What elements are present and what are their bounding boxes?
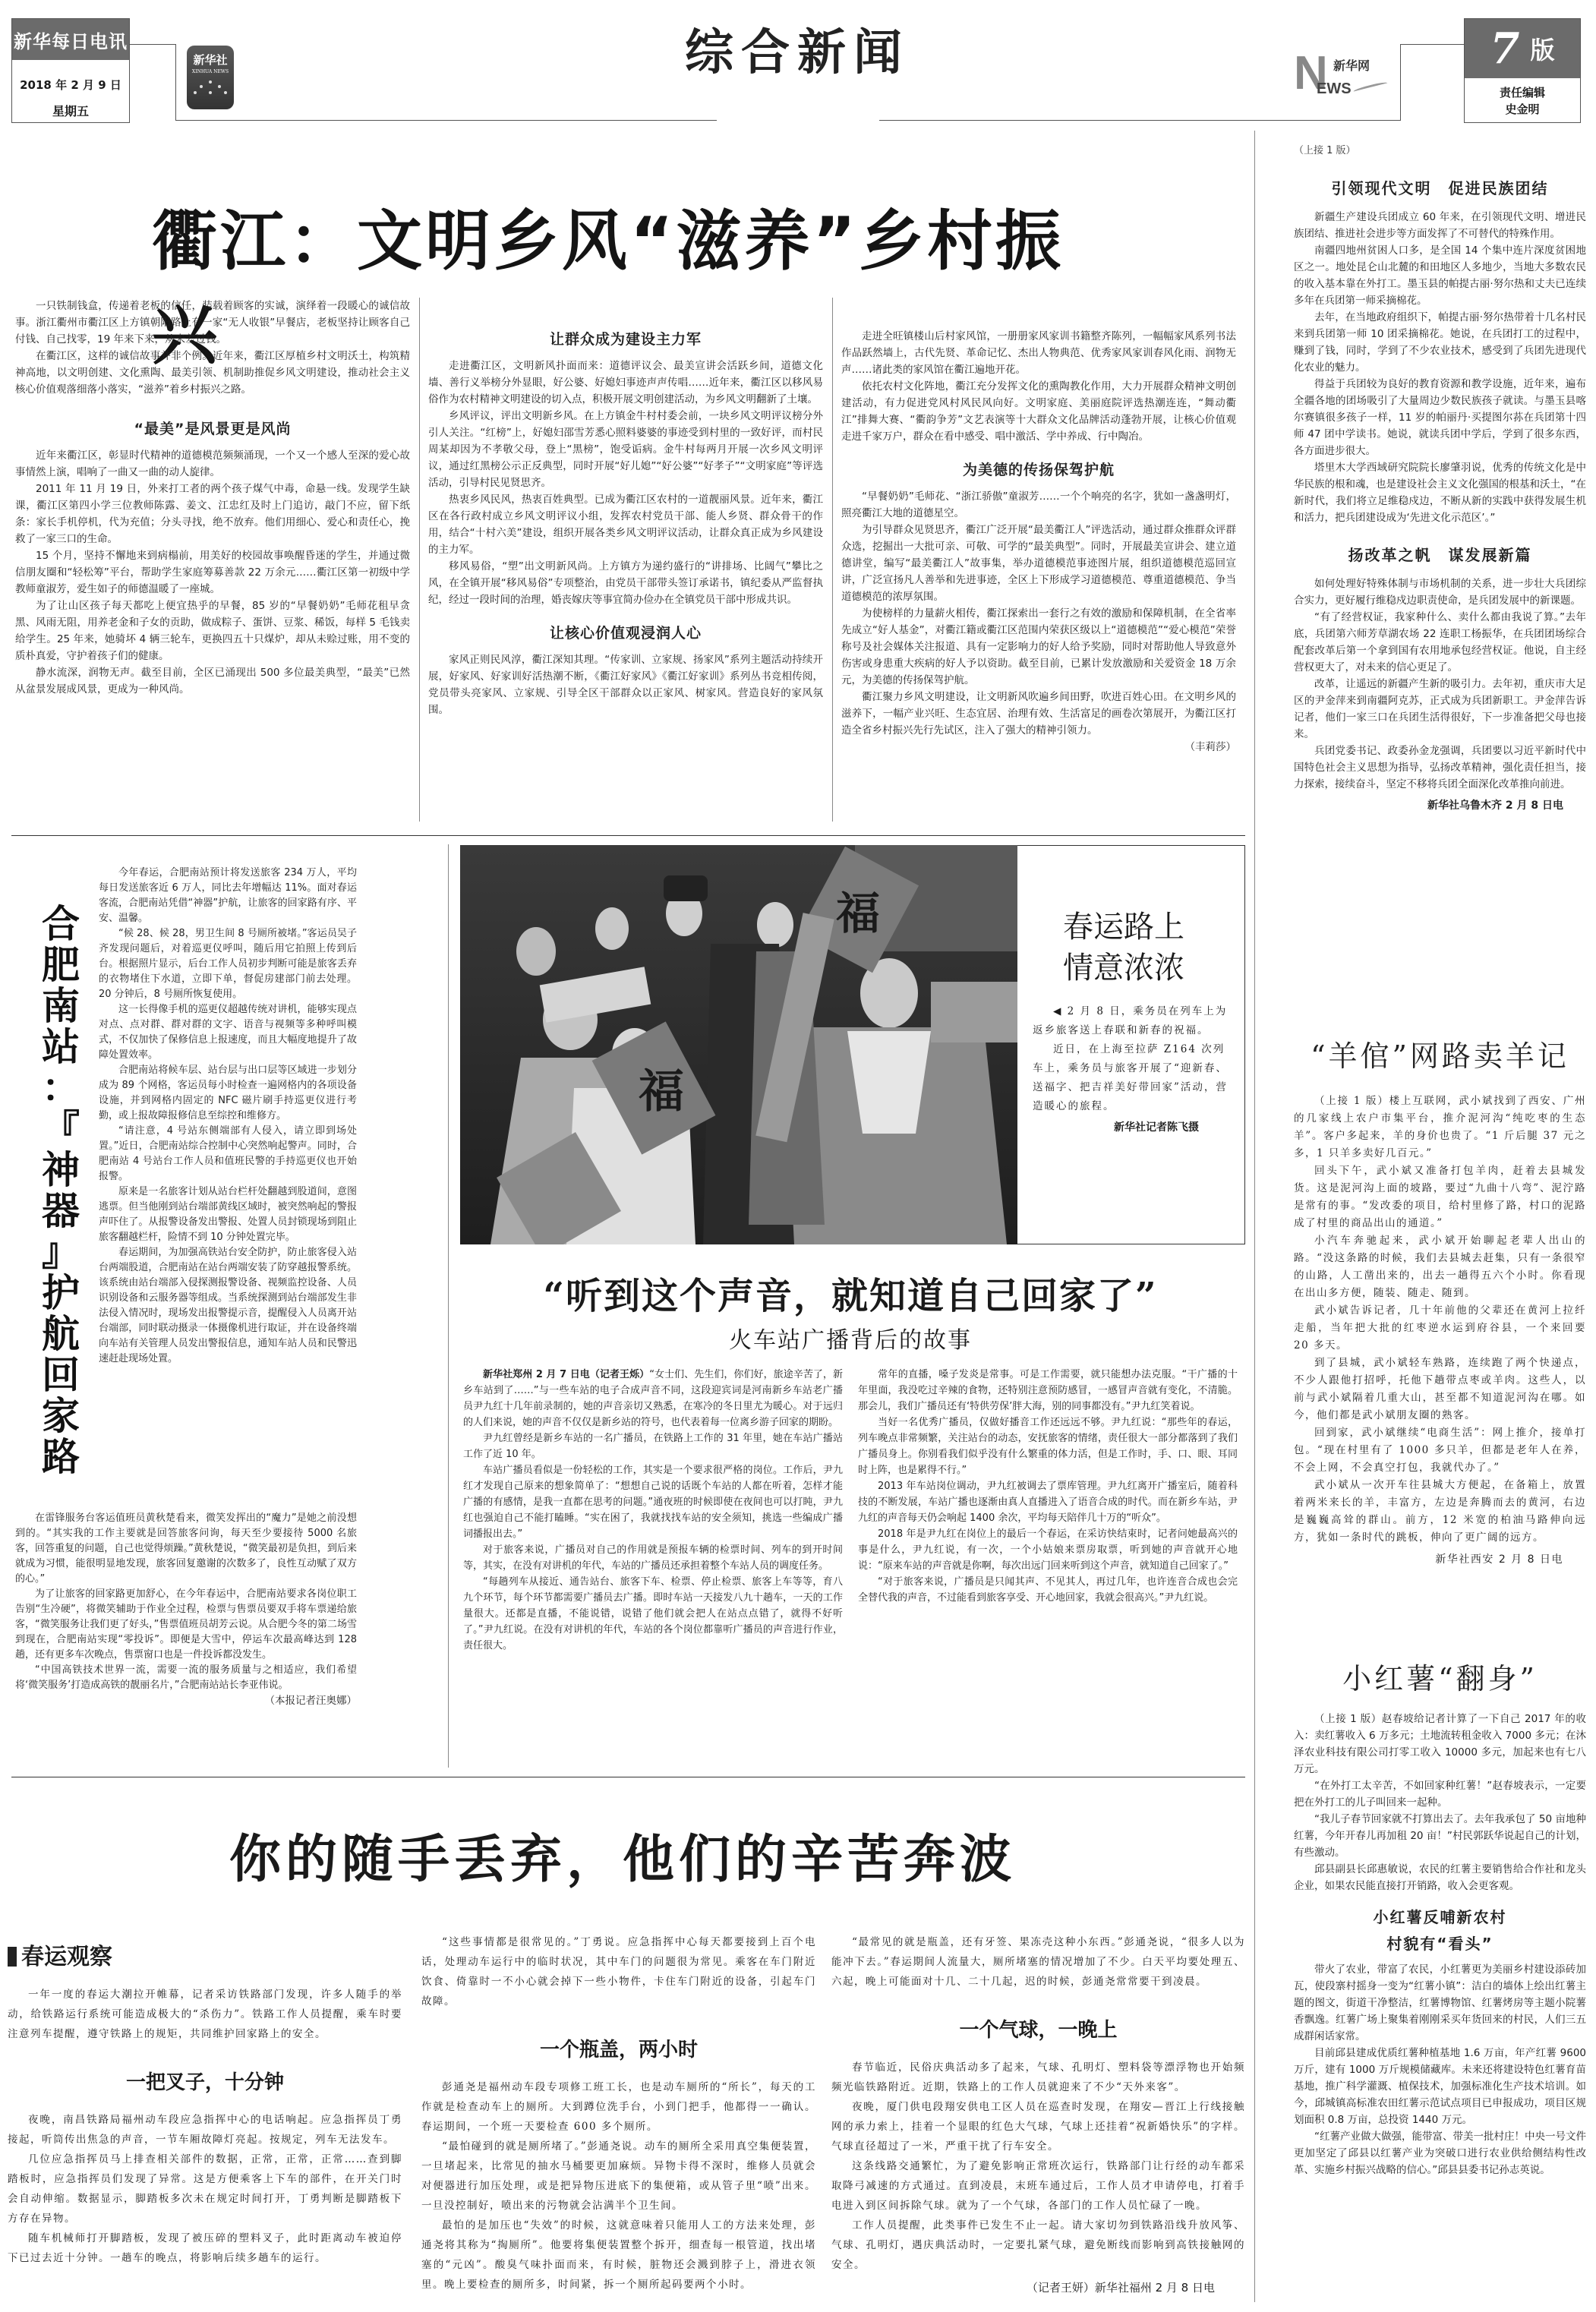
paragraph: 在衢江区，这样的诚信故事并非个例。近年来，衢江区厚植乡村文明沃土，构筑精神高地，… <box>15 348 410 398</box>
issue-date: 2018 年 2 月 9 日 <box>12 77 129 93</box>
rule-line <box>175 44 176 121</box>
paragraph: 尹九红曾经是新乡车站的一名广播员，在铁路上工作的 31 年里，她在车站广播站工作… <box>463 1430 843 1462</box>
paragraph: 回头下午，武小斌又准备打包羊肉，赶着去县城发货。这是泥河沟上面的坡路，要过“九曲… <box>1294 1162 1586 1232</box>
article-hefei: 今年春运，合肥南站预计将发送旅客 234 万人，平均每日发送旅客近 6 万人，同… <box>99 866 357 1367</box>
paragraph: 15 个月，坚持不懈地来到病榻前，用美好的校园故事唤醒昏迷的学生，并通过微信朋友… <box>15 547 410 598</box>
title-char: ： <box>38 1068 84 1109</box>
dateline: 新华社西安 2 月 8 日电 <box>1294 1551 1563 1566</box>
title-char: 航 <box>38 1314 84 1355</box>
article-sheep: “羊倌”网路卖羊记 （上接 1 版）楼上互联网，武小斌找到了西安、广州的几家线上… <box>1294 1033 1586 1566</box>
dateline: 新华社乌鲁木齐 2 月 8 日电 <box>1294 797 1563 812</box>
issue-weekday: 星期五 <box>12 102 129 119</box>
paragraph: 走进全旺镇楼山后村家风馆，一册册家风家训书籍整齐陈列，一幅幅家风系列书法作品跃然… <box>841 328 1236 378</box>
paragraph: （上接 1 版）楼上互联网，武小斌找到了西安、广州的几家线上农户市集平台，推介泥… <box>1294 1093 1586 1162</box>
paragraph: “候 28、候 28，男卫生间 8 号厕所被堵。”客运员吴子齐发现问题后，对着巡… <box>99 926 357 1002</box>
paragraph: 春节临近，民俗庆典活动多了起来，气球、孔明灯、塑料袋等漂浮物也开始频频光临铁路附… <box>831 2058 1245 2097</box>
paragraph: 静水流深，润物无声。截至目前，全区已涌现出 500 多位最美典型，“最美”已然从… <box>15 664 410 698</box>
title-char: 家 <box>38 1396 84 1437</box>
train-passengers-photo-icon: 福 福 <box>460 845 1017 1244</box>
paragraph: 为了让山区孩子每天都吃上便宜热乎的早餐，85 岁的“早餐奶奶”毛师花租早贪黑、风… <box>15 598 410 664</box>
article-broadcast-col1: 新华社郑州 2 月 7 日电（记者王烁）“女士们、先生们，你们好，旅途辛苦了，新… <box>463 1367 843 1654</box>
logo-cn: 新华网 <box>1333 56 1370 74</box>
title-char: 』 <box>38 1232 84 1273</box>
paragraph: 走进衢江区，文明新风扑面而来：道德评议会、最美宣讲会活跃乡间，道德文化墙、善行义… <box>428 358 823 408</box>
paragraph: 邱县副县长邱惠敏说，农民的红薯主要销售给合作社和龙头企业，如果农民能直接打开销路… <box>1294 1861 1586 1894</box>
dateline: （记者王妍）新华社福州 2 月 8 日电 <box>831 2279 1245 2295</box>
subheading: 一把叉子，十分钟 <box>8 2067 402 2095</box>
paragraph: “中国高铁技术世界一流，需要一流的服务质量与之相适应，我们希望将‘微笑服务’打造… <box>15 1663 357 1693</box>
paragraph: 2013 年车站岗位调动，尹九红被调去了票库管理。尹九红离开广播室后，随着科技的… <box>858 1478 1238 1526</box>
paragraph: 带火了农业，带富了农民，小红薯更为美丽乡村建设添砖加瓦，使段寨村摇身一变为“红薯… <box>1294 1961 1586 2045</box>
paragraph: 2018 年是尹九红在岗位上的最后一个春运，在采访快结束时，记者问她最高兴的事是… <box>858 1526 1238 1574</box>
paragraph: 为引导群众见贤思齐，衢江广泛开展“最美衢江人”评选活动，通过群众推群众评群众选，… <box>841 522 1236 605</box>
paragraph: “请注意，4 号站东侧端部有人侵入，请立即到场处置。”近日，合肥南站综合控制中心… <box>99 1124 357 1184</box>
paragraph: “最常见的就是瓶盖，还有牙签、果冻壳这种小东西。”彭通尧说，“很多人以为能冲下去… <box>831 1932 1245 1992</box>
photo-credit: 新华社记者陈飞摄 <box>1033 1119 1229 1134</box>
svg-text:福: 福 <box>836 888 880 939</box>
xinhua-logo-text: 新华社 <box>193 52 227 68</box>
paragraph: “早餐奶奶”毛师花、“浙江骄傲”童淑芳……一个个响亮的名字，犹如一盏盏明灯，照亮… <box>841 488 1236 522</box>
article-bingtuan: （上接 1 版） 引领现代文明 促进民族团结 新疆生产建设兵团成立 60 年来，… <box>1294 143 1586 812</box>
rule-line <box>1400 44 1465 45</box>
paragraph: 热衷乡风民风，热衷百姓典型。已成为衢江区农村的一道靓丽风景。近年来，衢江区在各行… <box>428 491 823 558</box>
paper-name-box: 新华每日电讯 2018 年 2 月 9 日 星期五 <box>11 18 130 123</box>
article-spring-col2: “这些事情都是很常见的。”丁勇说。应急指挥中心每天都要接到上百个电话，处理动车运… <box>421 1932 816 2295</box>
paragraph: “在外打工太辛苦，不如回家种红薯！”赵春坡表示，一定要把在外打工的儿子叫回来一起… <box>1294 1777 1586 1811</box>
article-quzhou-col2: 让群众成为建设主力军 走进衢江区，文明新风扑面而来：道德评议会、最美宣讲会活跃乡… <box>428 328 823 718</box>
paragraph: 家风正则民风淳，衢江深知其理。“传家训、立家规、扬家风”系列主题活动持续开展，好… <box>428 651 823 718</box>
paragraph: 这一长得像手机的巡更仪超越传统对讲机，能够实现点对点、点对群、群对群的文字、语音… <box>99 1002 357 1063</box>
paragraph: 工作人员提醒，此类事件已发生不止一起。请大家切勿到铁路沿线升放风筝、气球、孔明灯… <box>831 2216 1245 2275</box>
column-divider <box>419 298 420 822</box>
paragraph: “最怕碰到的就是厕所堵了。”彭通尧说。动车的厕所全采用真空集便装置，一旦堵起来，… <box>421 2137 816 2216</box>
headline-hefei-vertical: 合 肥 南 站 ： 『 神 器 』 护 航 回 家 路 <box>38 904 84 1478</box>
paragraph: 依托农村文化阵地，衢江充分发挥文化的熏陶教化作用，大力开展群众精神文明创建活动，… <box>841 378 1236 445</box>
paragraph: “对于旅客来说，广播员是只闻其声、不见其人，再过几年，也许连音合成也会完全替代我… <box>858 1574 1238 1606</box>
paragraph: 得益于兵团较为良好的教育资源和教学设施，近年来，遍布全疆各地的团场吸引了大量周边… <box>1294 376 1586 459</box>
editor-name: 史金明 <box>1465 101 1580 118</box>
headline-sweetpotato: 小红薯“翻身” <box>1294 1655 1586 1697</box>
subheadline-broadcast: 火车站广播背后的故事 <box>456 1321 1245 1355</box>
article-broadcast-col2: 常年的直播，嗓子发炎是常事。可是工作需要，就只能想办法克服。“干广播的十年里面，… <box>858 1367 1238 1606</box>
paragraph: 改革，让遥远的新疆产生新的吸引力。去年初，重庆市大足区的尹金萍来到南疆阿克苏，正… <box>1294 676 1586 743</box>
paragraph: 兵团党委书记、政委孙金龙强调，兵团要以习近平新时代中国特色社会主义思想为指导，弘… <box>1294 743 1586 793</box>
rule-line <box>879 120 1400 121</box>
title-char: 『 <box>38 1109 84 1150</box>
paragraph: 随车机械师打开脚踏板，发现了被压碎的塑料叉子，此时距离动车被迫停下已过去近十分钟… <box>8 2228 402 2268</box>
article-spring-col3: “最常见的就是瓶盖，还有牙签、果冻壳这种小东西。”彭通尧说，“很多人以为能冲下去… <box>831 1932 1245 2295</box>
network-nodes-icon <box>194 80 227 97</box>
title-char: 肥 <box>38 945 84 986</box>
title-char: 回 <box>38 1355 84 1396</box>
paragraph: 回到家，武小斌继续“电商生活”：网上推介，接单打包。“现在村里有了 1000 多… <box>1294 1424 1586 1477</box>
author-signature: （本报记者汪奥娜） <box>15 1693 357 1708</box>
xinhua-logo-icon: 新华社 XINHUA NEWS <box>187 46 234 109</box>
column-tag: 春运观察 <box>8 1938 402 1971</box>
paragraph: 这条线路交通繁忙，为了避免影响正常班次运行，铁路部门让行经的动车都采取降弓减速的… <box>831 2156 1245 2216</box>
rule-line <box>1400 44 1401 121</box>
swoosh-icon <box>1353 81 1388 94</box>
subheading: 村貌有“看头” <box>1294 1932 1586 1954</box>
paragraph: 一只铁制钱盒，传递着老板的信任，装载着顾客的实诚，演绎着一段暖心的诚信故事。浙江… <box>15 298 410 348</box>
article-quzhou-col1: 一只铁制钱盒，传递着老板的信任，装载着顾客的实诚，演绎着一段暖心的诚信故事。浙江… <box>15 298 410 698</box>
paragraph: “有了经营权证，我家种什么、卖什么都由我说了算。”去年底，兵团第六师芳草湖农场 … <box>1294 609 1586 676</box>
paragraph: 为了让旅客的回家路更加舒心，在今年春运中，合肥南站要求各岗位职工告别“生冷硬”，… <box>15 1587 357 1663</box>
paragraph: “这些事情都是很常见的。”丁勇说。应急指挥中心每天都要接到上百个电话，处理动车运… <box>421 1932 816 2011</box>
column-divider <box>448 844 449 1768</box>
headline-sheep: “羊倌”网路卖羊记 <box>1294 1033 1586 1074</box>
paragraph: 如何处理好特殊体制与市场机制的关系，进一步壮大兵团综合实力，更好履行维稳戍边职责… <box>1294 576 1586 609</box>
title-char: 路 <box>38 1437 84 1478</box>
editor-label: 责任编辑 <box>1465 84 1580 101</box>
paragraph: 合肥南站将候车层、站台层与出口层等区域进一步划分成为 89 个网格，客运员每小时… <box>99 1063 357 1124</box>
title-char: 南 <box>38 986 84 1027</box>
continued-label: （上接 1 版） <box>1294 143 1586 159</box>
paragraph: 春运期间，为加强高铁站台安全防护，防止旅客侵入站台两端股道，合肥南站在站台两端安… <box>99 1245 357 1367</box>
caption-text: ◀ 2 月 8 日，乘务员在列车上为返乡旅客送上春联和新春的祝福。 <box>1033 1002 1229 1040</box>
article-hefei-cont: 在雷锋服务台客运值班员黄秋楚看来，微笑发挥出的“魔力”是她之前没想到的。“其实我… <box>15 1511 357 1708</box>
xinhua-logo-en: XINHUA NEWS <box>192 69 229 74</box>
paragraph: 目前邱县建成优质红薯种植基地 1.6 万亩，年产红薯 9600 万斤，建有 10… <box>1294 2045 1586 2128</box>
subheading: 小红薯反哺新农村 <box>1294 1905 1586 1927</box>
caption-title: 情意浓浓 <box>1033 948 1229 989</box>
title-char: 合 <box>38 904 84 945</box>
page-label: 版 <box>1530 31 1554 66</box>
paragraph: 武小斌从一次开车往县城大方便起，在备箱上，放置着两米来长的羊，丰富方，左边是奔腾… <box>1294 1477 1586 1547</box>
paragraph: 到了县城，武小斌轻车熟路，连续跑了两个快递点，不少人跟他打招呼，托他下趟带点枣或… <box>1294 1355 1586 1424</box>
logo-ews: EWS <box>1317 80 1352 98</box>
author-signature: （丰莉莎） <box>841 739 1236 755</box>
subheading: 引领现代文明 促进民族团结 <box>1294 176 1586 198</box>
page-number-box: 7 版 责任编辑 史金明 <box>1464 18 1581 123</box>
paragraph: “每趟列车从接近、通告站台、旅客下车、检票、停止检票、旅客上车等等，育八九个环节… <box>463 1574 843 1654</box>
paragraph: 当好一名优秀广播员，仅做好播音工作还远远不够。尹九红说：“那些年的春运，列车晚点… <box>858 1415 1238 1478</box>
headline-broadcast: “听到这个声音，就知道自己回家了” <box>456 1266 1245 1319</box>
rule-line <box>175 120 717 121</box>
paragraph: 武小斌告诉记者，几十年前他的父辈还在黄河上拉纤走船，当年把大批的红枣逆水运到府谷… <box>1294 1302 1586 1355</box>
paragraph: 2011 年 11 月 19 日，外来打工者的两个孩子煤气中毒，命悬一线。发现学… <box>15 481 410 547</box>
photo-caption: 春运路上 情意浓浓 ◀ 2 月 8 日，乘务员在列车上为返乡旅客送上春联和新春的… <box>1017 845 1245 1244</box>
paragraph: 几位应急指挥员马上排查相关部件的数据，正常，正常，正常……查到脚踏板时，应急指挥… <box>8 2150 402 2228</box>
paragraph: 今年春运，合肥南站预计将发送旅客 234 万人，平均每日发送旅客近 6 万人，同… <box>99 866 357 926</box>
paragraph: 原来是一名旅客计划从站台栏杆处翻越到股道间，意图逃票。但当他刚到站台端部黄线区域… <box>99 1184 357 1245</box>
section-divider <box>11 1777 1245 1777</box>
paragraph: 近年来衢江区，彰显时代精神的道德模范频频涌现，一个又一个感人至深的爱心故事情然上… <box>15 447 410 481</box>
paragraph: 一年一度的春运大潮拉开帷幕，记者采访铁路部门发现，许多人随手的举动，给铁路运行系… <box>8 1985 402 2044</box>
page-number: 7 <box>1490 24 1520 74</box>
masthead: 新华每日电讯 2018 年 2 月 9 日 星期五 新华社 XINHUA NEW… <box>0 0 1596 129</box>
dateline: 新华社郑州 2 月 7 日电（记者王烁） <box>483 1369 649 1380</box>
paragraph: 塔里木大学西域研究院院长廖肇羽说，优秀的传统文化是中华民族的根和魂，也是建设社会… <box>1294 459 1586 526</box>
paragraph: 车站广播员看似是一份轻松的工作，其实是一个要求很严格的岗位。工作后，尹九红才发现… <box>463 1462 843 1542</box>
section-title: 综合新闻 <box>661 14 934 84</box>
column-divider <box>832 298 833 822</box>
paragraph: 最怕的是加压也“失效”的时候，这就意味着只能用人工的方法来处理，彭通尧将其称为“… <box>421 2216 816 2295</box>
paragraph: 南疆四地州贫困人口多，是全国 14 个集中连片深度贫困地区之一。地处昆仑山北麓的… <box>1294 242 1586 309</box>
paragraph: “我儿子春节回家就不打算出去了。去年我承包了 50 亩地种红薯，今年开春儿再加租… <box>1294 1811 1586 1861</box>
title-char: 站 <box>38 1027 84 1068</box>
subheading: 一个气球，一晚上 <box>831 2014 1245 2042</box>
article-quzhou-col3: 走进全旺镇楼山后村家风馆，一册册家风家训书籍整齐陈列，一幅幅家风系列书法作品跃然… <box>841 328 1236 755</box>
paragraph: 为使榜样的力量薪火相传，衢江探索出一套行之有效的激励和保障机制，在全省率先成立“… <box>841 605 1236 689</box>
paragraph: 夜晚，南昌铁路局福州动车段应急指挥中心的电话响起。应急指挥员丁勇接起，听筒传出焦… <box>8 2110 402 2150</box>
paragraph: 新疆生产建设兵团成立 60 年来，在引领现代文明、增进民族团结、推进社会进步等方… <box>1294 209 1586 242</box>
caption-title: 春运路上 <box>1033 907 1229 948</box>
subheading: 一个瓶盖，两小时 <box>421 2034 816 2062</box>
paragraph: 对于旅客来说，广播员对自己的作用就是预报车辆的检票时间、列车的到开时间等，其实，… <box>463 1542 843 1574</box>
title-char: 神 <box>38 1150 84 1191</box>
section-divider <box>11 835 1245 836</box>
xinhuanet-logo-icon: N 新华网 EWS <box>1294 50 1385 103</box>
article-spring-col1: 春运观察 一年一度的春运大潮拉开帷幕，记者采访铁路部门发现，许多人随手的举动，给… <box>8 1929 402 2268</box>
paragraph: （上接 1 版）赵春坡给记者计算了一下自己 2017 年的收入：卖红薯收入 6 … <box>1294 1711 1586 1777</box>
paragraph: 移风易俗，“塑”出文明新风尚。上方镇方为递约盛行的“讲排场、比阔气”攀比之风，在… <box>428 558 823 608</box>
caption-text: 近日，在上海至拉萨 Z164 次列车上，乘务员与旅客开展了“迎新春、送福字、把吉… <box>1033 1040 1229 1116</box>
paragraph: 彭通尧是福州动车段专项修工班工长，也是动车厕所的“所长”，每天的工作就是检查动车… <box>421 2077 816 2137</box>
column-divider <box>1254 131 1255 2302</box>
title-char: 器 <box>38 1191 84 1232</box>
subheading: “最美”是风景更是风尚 <box>15 418 410 438</box>
paragraph: 常年的直播，嗓子发炎是常事。可是工作需要，就只能想办法克服。“干广播的十年里面，… <box>858 1367 1238 1415</box>
subheading: 扬改革之帆 谋发展新篇 <box>1294 543 1586 565</box>
title-char: 护 <box>38 1273 84 1314</box>
headline-spring-travel: 你的随手丢弃，他们的辛苦奔波 <box>0 1818 1245 1892</box>
paragraph: “红薯产业做大做强，能带富、带美一批村庄！中央一号文件更加坚定了邱县以红薯产业为… <box>1294 2128 1586 2178</box>
paragraph: 小汽车奔驰起来，武小斌开始聊起老辈人出山的路。“没这条路的时候，我们去县城去赶集… <box>1294 1232 1586 1302</box>
subheading: 为美德的传扬保驾护航 <box>841 459 1236 479</box>
news-photo: 福 福 <box>460 845 1017 1244</box>
paragraph: 衢江聚力乡风文明建设，让文明新风吹遍乡间田野，吹进百姓心田。在文明乡风的滋养下，… <box>841 689 1236 739</box>
paragraph: 在雷锋服务台客运值班员黄秋楚看来，微笑发挥出的“魔力”是她之前没想到的。“其实我… <box>15 1511 357 1587</box>
svg-text:福: 福 <box>639 1065 684 1118</box>
article-sweetpotato: 小红薯“翻身” （上接 1 版）赵春坡给记者计算了一下自己 2017 年的收入：… <box>1294 1655 1586 2178</box>
paragraph: 夜晚，厦门供电段翔安供电工区人员在巡查时发现，在翔安—晋江上行线接触网的承力索上… <box>831 2097 1245 2156</box>
subheading: 让群众成为建设主力军 <box>428 328 823 349</box>
paragraph: 乡风评议，评出文明新乡风。在上方镇金牛村村委会前，一块乡风文明评议榜分外引人关注… <box>428 408 823 491</box>
paper-name: 新华每日电讯 <box>12 19 129 60</box>
rule-line <box>130 44 176 45</box>
paragraph: 去年，在当地政府组织下，帕提古丽·努尔热带着十几名村民来到兵团第一师 10 团采… <box>1294 309 1586 376</box>
subheading: 让核心价值观浸润人心 <box>428 622 823 642</box>
